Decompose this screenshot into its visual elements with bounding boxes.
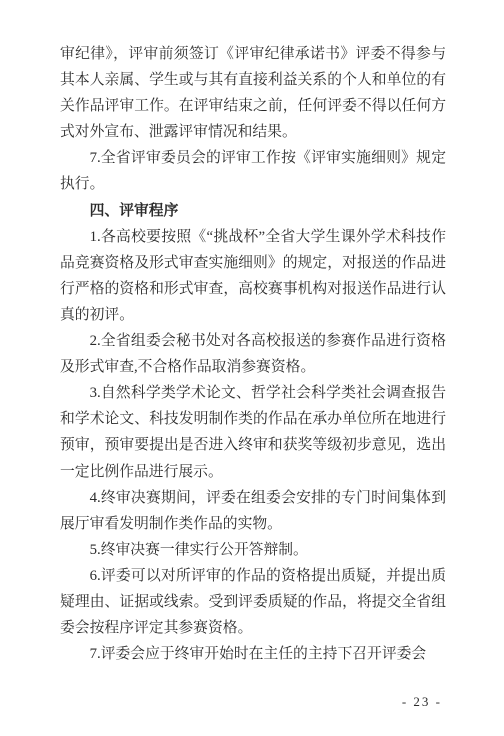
document-body: 审纪律》，评审前须签订《评审纪律承诺书》评委不得参与其本人亲属、学生或与其有直接…	[60, 41, 446, 667]
paragraph: 3.自然科学类学术论文、哲学社会科学类社会调查报告和学术论文、科技发明制作类的作…	[60, 380, 446, 484]
document-page: { "document": { "colors": { "background"…	[0, 0, 504, 736]
paragraph: 4.终审决赛期间，评委在组委会安排的专门时间集体到展厅审看发明制作类作品的实物。	[60, 485, 446, 537]
paragraph: 7.评委会应于终审开始时在主任的主持下召开评委会	[60, 641, 446, 667]
page-number: - 23 -	[402, 694, 442, 710]
paragraph: 5.终审决赛一律实行公开答辩制。	[60, 537, 446, 563]
paragraph: 1.各高校要按照《“挑战杯”全省大学生课外学术科技作品竞赛资格及形式审查实施细则…	[60, 224, 446, 328]
paragraph: 审纪律》，评审前须签订《评审纪律承诺书》评委不得参与其本人亲属、学生或与其有直接…	[60, 41, 446, 145]
paragraph: 7.全省评审委员会的评审工作按《评审实施细则》规定执行。	[60, 145, 446, 197]
paragraph: 6.评委可以对所评审的作品的资格提出质疑，并提出质疑理由、证据或线索。受到评委质…	[60, 563, 446, 641]
paragraph: 2.全省组委会秘书处对各高校报送的参赛作品进行资格及形式审查,不合格作品取消参赛…	[60, 328, 446, 380]
section-heading: 四、评审程序	[60, 198, 446, 224]
